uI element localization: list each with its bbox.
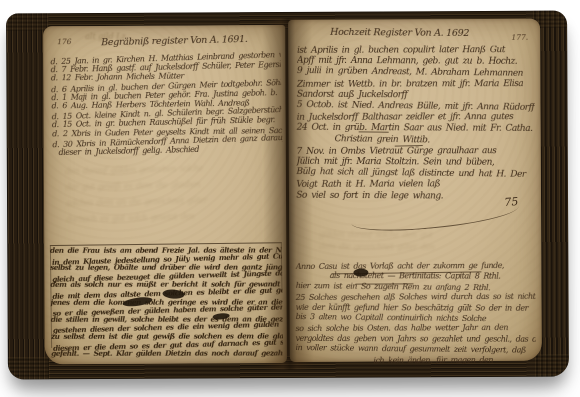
handwriting-line: 7 Nov. in Ombs Vietraut Gürge graulhaar … (297, 146, 535, 158)
open-book: 176 alt gild Lz Begräbniß register Von A… (6, 11, 569, 380)
handwriting-line: Anno Casu ist das Vorlaß acht der zukomm… (296, 261, 536, 272)
left-page: 176 alt gild Lz Begräbniß register Von A… (43, 25, 287, 364)
left-page-number: 176 (57, 37, 71, 46)
handwriting-line: so sich solche bis Osten. das halbe wett… (296, 323, 536, 335)
bleed-through-text: den darauf gülden gestorben solcheder gu… (65, 159, 266, 228)
left-page-heading: Begräbniß register Von A. 1691. (101, 34, 248, 48)
photo-background: 176 alt gild Lz Begräbniß register Von A… (0, 0, 580, 397)
handwriting-line: ist Aprilis in gl. buchen copulirt later… (297, 45, 535, 57)
handwriting-line: Zimmer ist Wettb. in br. bratzen mit jfr… (297, 79, 535, 91)
handwriting-line: 25 Solches geschehen alß Solches wird du… (296, 292, 536, 304)
handwriting-line: Voigt Rath it H. Maria vielen laß (296, 179, 534, 191)
notes-block: Anno Casu ist das Vorlaß acht der zukomm… (295, 261, 535, 368)
notes-block: den die Frau ists am abend Frezie Jal. d… (50, 242, 283, 362)
ink-blot (353, 269, 368, 277)
handwriting-line: gefehlt. — Sept. Klar gülden Dietzin das… (51, 350, 283, 359)
bleed-through-text: gülden darauf solche den gutdem die geze… (319, 229, 509, 254)
handwriting-line: in Juckelsdorff Balthasar zeidler et jfr… (297, 112, 535, 124)
right-page-number: 177. (511, 33, 528, 42)
handwriting-line: 24 Oct. in grüb. Martin Saar aus Nied. m… (297, 123, 535, 135)
handwriting-line: darnach es gut solch gesetzt den (66, 207, 266, 228)
right-page-heading: Hochzeit Register Von A. 1692 (330, 27, 469, 39)
handwriting-line: ich kein änden, für magen den (373, 355, 535, 366)
handwriting-line: gülden darauf solche den gut (319, 229, 509, 242)
right-page: 177. Hochzeit Register Von A. 1692 ist A… (288, 19, 542, 362)
burial-entries-block: d. 25 Jan. in gr. Kirchen H. Matthias Le… (50, 51, 282, 158)
handwriting-line: dem die gezeichnet güter den (319, 241, 509, 254)
marriage-entries-block: ist Aprilis in gl. buchen copulirt later… (296, 45, 535, 214)
